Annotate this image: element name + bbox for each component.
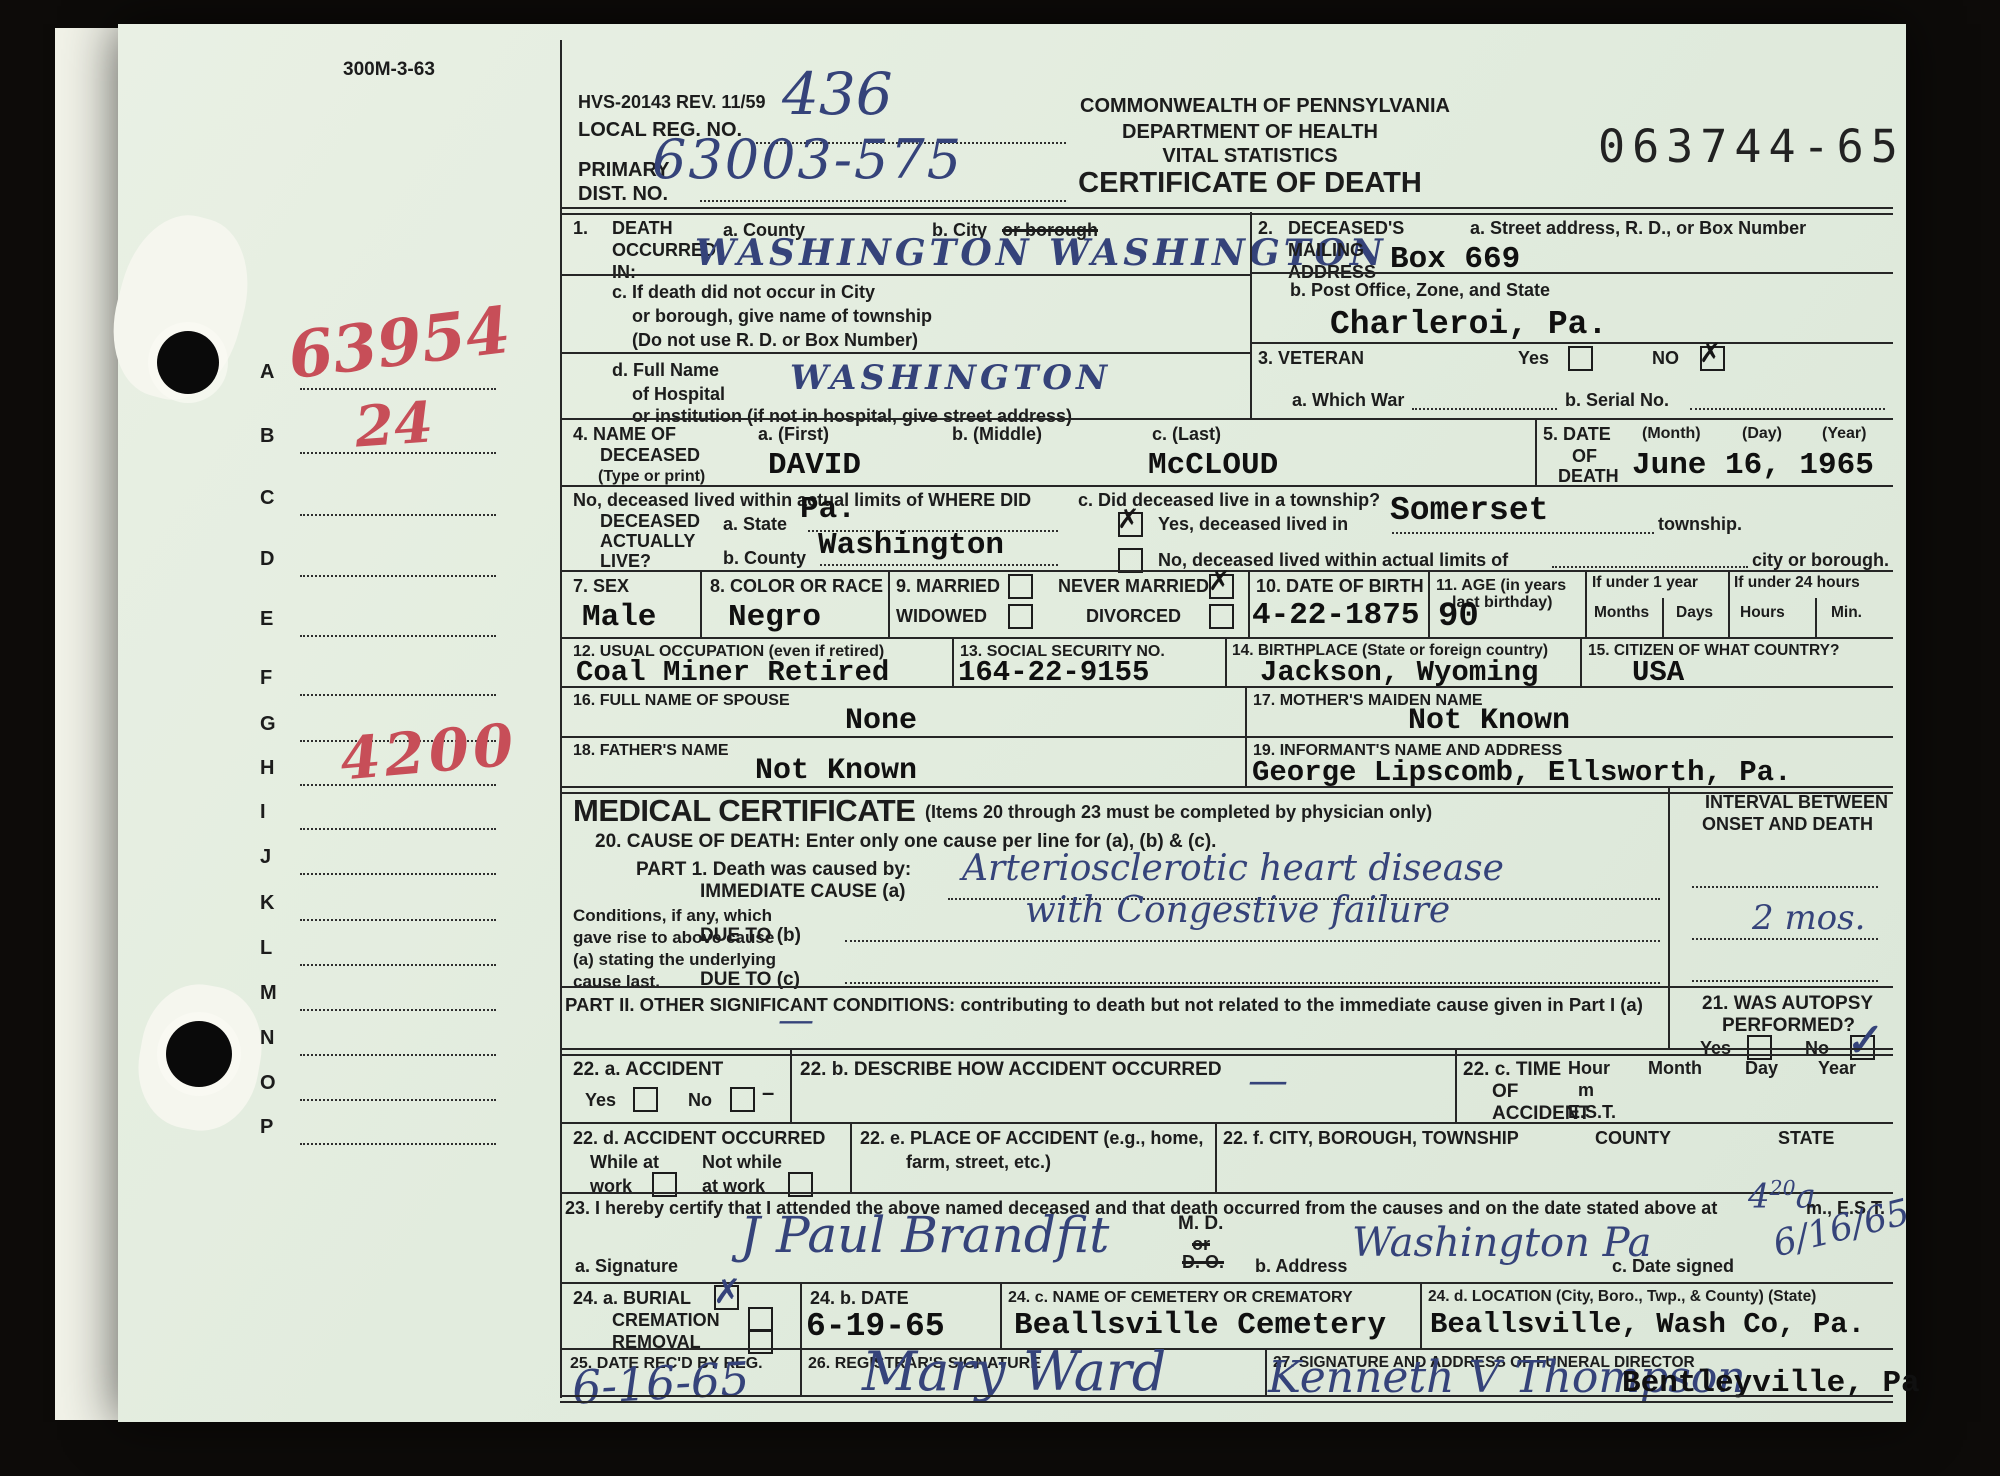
months-label: Months: [1594, 604, 1649, 623]
s24d-label: 24. d. LOCATION (City, Boro., Twp., & Co…: [1428, 1288, 1816, 1307]
veteran-no-checkbox: ✗: [1700, 346, 1725, 371]
never-married-checkbox: ✗: [1209, 574, 1234, 599]
divider: [1265, 1348, 1267, 1395]
s22e-label: 22. e. PLACE OF ACCIDENT (e.g., home,: [860, 1128, 1203, 1150]
s6c-yes-label: Yes, deceased lived in: [1158, 514, 1348, 536]
header-vital: VITAL STATISTICS: [1080, 144, 1420, 168]
cause-b-value: with Congestive failure: [1025, 890, 1450, 931]
hole-punch: [166, 1021, 232, 1087]
index-letter: N: [260, 1026, 274, 1050]
s2-title: MAILING: [1288, 240, 1364, 262]
s6b-county-value: Washington: [818, 528, 1004, 563]
index-letter: M: [260, 981, 277, 1005]
while-at-label: While at: [590, 1152, 659, 1174]
s6-title: ACTUALLY: [600, 531, 695, 553]
s3-label: 3. VETERAN: [1258, 348, 1364, 370]
index-line: [300, 635, 496, 637]
s4-middle-label: b. (Middle): [952, 424, 1042, 446]
rule: [560, 786, 1893, 788]
s22c-of-label: OF: [1492, 1080, 1518, 1103]
hole-punch: [157, 331, 219, 394]
s6b-label: b. County: [723, 548, 806, 570]
index-letter: E: [260, 607, 273, 631]
divider: [1815, 598, 1817, 637]
serial-no-line: [1690, 408, 1885, 410]
s23-signature-label: a. Signature: [575, 1256, 678, 1278]
index-line: [300, 919, 496, 921]
s2-number: 2.: [1258, 218, 1273, 240]
cause-a-value: Arteriosclerotic heart disease: [962, 848, 1504, 889]
under-1-year-label: If under 1 year: [1592, 574, 1698, 593]
cause-c-line: [845, 982, 1660, 984]
conditions-label: cause last.: [573, 972, 660, 993]
s2a-label: a. Street address, R. D., or Box Number: [1470, 218, 1806, 240]
divider: [1225, 637, 1227, 686]
s22c-day-label: Day: [1745, 1058, 1778, 1080]
s5-year-label: (Year): [1822, 424, 1866, 444]
index-letter: K: [260, 891, 274, 915]
s12-occupation-value: Coal Miner Retired: [576, 656, 889, 689]
s14-birthplace-value: Jackson, Wyoming: [1260, 656, 1538, 689]
hours-label: Hours: [1740, 604, 1785, 623]
s3-yes-label: Yes: [1518, 348, 1549, 370]
rule: [560, 686, 1893, 688]
s1d-label: of Hospital: [632, 384, 725, 406]
local-reg-value: 436: [782, 60, 893, 128]
interval-value: 2 mos.: [1752, 898, 1865, 938]
divider: [800, 1348, 802, 1395]
s7-sex-value: Male: [582, 600, 656, 635]
index-letter: C: [260, 486, 274, 510]
township-line: [1392, 532, 1654, 534]
rule: [560, 352, 1250, 354]
burial-checkbox: ✗: [714, 1285, 739, 1310]
s24c-label: 24. c. NAME OF CEMETERY OR CREMATORY: [1008, 1288, 1353, 1308]
index-line: [300, 1009, 496, 1011]
days-label: Days: [1676, 604, 1713, 623]
part2-label: PART II. OTHER SIGNIFICANT CONDITIONS: c…: [565, 994, 1643, 1017]
accident-no-checkbox: [730, 1087, 755, 1112]
index-letter: I: [260, 800, 266, 824]
s6c-township-suffix: township.: [1658, 514, 1742, 536]
interval-line-c: [1692, 980, 1878, 982]
cause-b-line: [845, 940, 1660, 942]
s22a-yes-label: Yes: [585, 1090, 616, 1112]
time-hour: 4: [1748, 1176, 1770, 1216]
s6c-city-suffix: city or borough.: [1752, 550, 1889, 572]
divider: [1585, 570, 1587, 637]
red-crayon-number-b: 24: [353, 389, 435, 460]
index-letter: F: [260, 666, 272, 690]
divider: [1728, 570, 1730, 637]
s4-title: DECEASED: [600, 445, 700, 467]
do-label-struck: D. O.: [1182, 1252, 1224, 1274]
accident-dash-mark: –: [762, 1080, 774, 1107]
print-code: 300M-3-63: [343, 58, 435, 81]
s1-number: 1.: [573, 218, 588, 240]
rule: [560, 418, 1893, 420]
rule: [560, 1348, 1893, 1350]
form-code: HVS-20143 REV. 11/59: [578, 92, 765, 114]
s1d-label: d. Full Name: [612, 360, 719, 382]
interval-label: INTERVAL BETWEEN: [1705, 792, 1888, 814]
death-certificate-photo: 300M-3-63 A B C D E F G H I J K L M N O …: [0, 0, 2000, 1476]
s4-title-text: NAME OF: [593, 424, 676, 444]
s22b-dash-mark: —: [1248, 1058, 1288, 1104]
bottom-rule: [560, 1395, 1893, 1397]
md-label: M. D.: [1178, 1212, 1223, 1235]
s22c-hour-label: Hour: [1568, 1058, 1610, 1080]
s8-label: 8. COLOR OR RACE: [710, 576, 883, 598]
divider: [1428, 570, 1430, 637]
divider: [800, 1282, 802, 1348]
s4-first-value: DAVID: [768, 448, 861, 483]
rule: [560, 1048, 1893, 1050]
divider: [1250, 212, 1252, 418]
s1c-label: or borough, give name of township: [632, 306, 932, 328]
s1-title: DEATH: [612, 218, 673, 240]
interval-label2: ONSET AND DEATH: [1702, 814, 1873, 836]
s9-married-label: 9. MARRIED: [896, 576, 1000, 598]
rule: [1250, 342, 1893, 344]
s6c-township-value: Somerset: [1390, 492, 1548, 529]
physician-address: Washington Pa: [1352, 1220, 1652, 1266]
index-line: [300, 1143, 496, 1145]
s5-number: 5.: [1543, 424, 1558, 444]
divider: [1668, 786, 1670, 1050]
time-minute: 20: [1770, 1176, 1796, 1200]
divider: [952, 637, 954, 686]
s22b-label: 22. b. DESCRIBE HOW ACCIDENT OCCURRED: [800, 1058, 1222, 1081]
backing-sheet: [55, 28, 127, 1420]
s6a-label: a. State: [723, 514, 787, 536]
s5-title: 5. DATE: [1543, 424, 1611, 446]
divider: [1580, 637, 1582, 686]
index-letter: L: [260, 936, 272, 960]
index-line: [300, 873, 496, 875]
interval-line-b: [1692, 938, 1878, 940]
s24a-burial-label: 24. a. BURIAL: [573, 1288, 691, 1310]
s5-title: OF: [1572, 446, 1597, 468]
index-line: [300, 514, 496, 516]
s1c-label: (Do not use R. D. or Box Number): [632, 330, 918, 352]
cremation-label: CREMATION: [612, 1310, 720, 1332]
index-line: [300, 828, 496, 830]
s22e-label2: farm, street, etc.): [906, 1152, 1051, 1174]
s22c-est-label: E.S.T.: [1568, 1102, 1616, 1124]
registrar-signature: Mary Ward: [862, 1340, 1166, 1403]
x-mark: ✗: [1208, 568, 1231, 595]
s22c-month-label: Month: [1648, 1058, 1702, 1080]
s21-label: 21. WAS AUTOPSY: [1702, 992, 1873, 1015]
s2b-label: b. Post Office, Zone, and State: [1290, 280, 1550, 302]
removal-label: REMOVAL: [612, 1332, 701, 1354]
index-line: [300, 964, 496, 966]
s24c-cemetery-value: Beallsville Cemetery: [1014, 1308, 1386, 1343]
s3a-label: a. Which War: [1292, 390, 1404, 412]
part2-dash-mark: —: [778, 1000, 814, 1041]
s5-date-of-death-value: June 16, 1965: [1632, 448, 1874, 483]
index-letter: G: [260, 712, 276, 736]
s3-no-label: NO: [1652, 348, 1679, 370]
index-letter: A: [260, 360, 274, 384]
s8-race-value: Negro: [728, 600, 821, 635]
medical-certificate-subtitle: (Items 20 through 23 must be completed b…: [925, 802, 1432, 824]
s24d-location-value: Beallsville, Wash Co, Pa.: [1430, 1308, 1865, 1341]
limits-line: [1552, 566, 1748, 568]
divider: [888, 570, 890, 637]
accident-yes-checkbox: [633, 1087, 658, 1112]
work-label: work: [590, 1176, 632, 1198]
s15-citizen-value: USA: [1632, 656, 1684, 689]
s23-address-label: b. Address: [1255, 1256, 1347, 1278]
divider: [1000, 1282, 1002, 1348]
s15-label: 15. CITIZEN OF WHAT COUNTRY?: [1588, 642, 1839, 661]
rule: [560, 736, 1893, 738]
s19-informant-value: George Lipscomb, Ellsworth, Pa.: [1252, 756, 1792, 789]
divider: [1215, 1122, 1217, 1192]
divider: [850, 1122, 852, 1192]
divorced-checkbox: [1209, 604, 1234, 629]
physician-signature: J Paul Brandfit: [740, 1206, 1109, 1264]
index-letter: H: [260, 756, 274, 780]
dist-no-value: 63003-575: [652, 128, 963, 191]
s21-label2: PERFORMED?: [1722, 1014, 1855, 1037]
s24b-label: 24. b. DATE: [810, 1288, 909, 1310]
due-to-b-label: DUE TO (b): [700, 924, 801, 947]
s9-never-married-label: NEVER MARRIED: [1058, 576, 1209, 598]
s6-title-text: WHERE DID: [928, 490, 1031, 510]
s1c-label: c. If death did not occur in City: [612, 282, 875, 304]
s10-birth-date-value: 4-22-1875: [1252, 598, 1419, 633]
s5-month-label: (Month): [1642, 424, 1701, 444]
s5-day-label: (Day): [1742, 424, 1782, 444]
interval-line-a: [1692, 886, 1878, 888]
s6-number: No, deceased lived within actual limits …: [573, 490, 923, 510]
s22f-state-label: STATE: [1778, 1128, 1834, 1150]
header-rule: [560, 207, 1893, 209]
header-department: DEPARTMENT OF HEALTH: [1080, 120, 1420, 144]
veteran-yes-checkbox: [1568, 346, 1593, 371]
divider: [1455, 1050, 1457, 1122]
s6a-state-value: Pa.: [800, 492, 856, 527]
s1d-hospital-value: WASHINGTON: [790, 358, 1111, 398]
s16-label: 16. FULL NAME OF SPOUSE: [573, 691, 790, 711]
s22d-label: 22. d. ACCIDENT OCCURRED: [573, 1128, 825, 1150]
x-mark: ✗: [713, 1275, 742, 1309]
s22a-label: 22. a. ACCIDENT: [573, 1058, 723, 1081]
s6-title: DECEASED: [600, 511, 700, 533]
married-checkbox: [1008, 574, 1033, 599]
s2-title: DECEASED'S: [1288, 218, 1404, 240]
s4-last-value: McCLOUD: [1148, 448, 1278, 483]
s18-label: 18. FATHER'S NAME: [573, 741, 729, 761]
s13-ssn-value: 164-22-9155: [958, 656, 1149, 689]
which-war-line: [1412, 408, 1557, 410]
x-mark: ✗: [1117, 506, 1140, 533]
rule: [560, 1282, 1893, 1284]
not-while-label: Not while: [702, 1152, 782, 1174]
rule: [560, 1122, 1893, 1124]
index-letter: O: [260, 1071, 276, 1095]
min-label: Min.: [1831, 604, 1862, 623]
removal-checkbox: [748, 1329, 773, 1354]
at-work-label: at work: [702, 1176, 765, 1198]
s22c-m-label: m: [1578, 1080, 1594, 1102]
rule: [560, 274, 1250, 276]
index-letter: J: [260, 845, 271, 869]
part1-label: PART 1. Death was caused by:: [636, 858, 911, 881]
s4-title: (Type or print): [598, 467, 705, 487]
s1-title: IN:: [612, 262, 636, 284]
divider: [1535, 418, 1537, 485]
s3b-label: b. Serial No.: [1565, 390, 1669, 412]
s2b-value: Charleroi, Pa.: [1330, 306, 1607, 343]
s4-title: 4. NAME OF: [573, 424, 676, 446]
divider: [1662, 598, 1664, 637]
s23-date-label: c. Date signed: [1612, 1256, 1734, 1278]
s1-county-city-value: WASHINGTON WASHINGTON: [695, 232, 1387, 274]
county-line: [820, 564, 1058, 566]
dist-no-line: [700, 200, 1066, 202]
s17-mother-value: Not Known: [1408, 704, 1570, 738]
index-line: [300, 575, 496, 577]
s4-number: 4.: [573, 424, 588, 444]
form-left-border: [560, 40, 562, 1398]
divider: [790, 1050, 792, 1122]
index-line: [300, 1099, 496, 1101]
divider: [700, 570, 702, 637]
s7-label: 7. SEX: [573, 576, 629, 598]
s11-age-value: 90: [1438, 598, 1479, 636]
certificate-title: CERTIFICATE OF DEATH: [1070, 166, 1430, 201]
s16-spouse-value: None: [845, 704, 917, 738]
index-letter: D: [260, 547, 274, 571]
index-line: [300, 694, 496, 696]
s9-divorced-label: DIVORCED: [1086, 606, 1181, 628]
date-received-value: 6-16-65: [571, 1351, 751, 1414]
s22f-county-label: COUNTY: [1595, 1128, 1671, 1150]
medical-certificate-title: MEDICAL CERTIFICATE: [573, 792, 915, 830]
index-line: [300, 1054, 496, 1056]
rule: [1250, 272, 1893, 274]
s18-father-value: Not Known: [755, 754, 917, 788]
s9-widowed-label: WIDOWED: [896, 606, 987, 628]
rule: [560, 485, 1893, 487]
s22c-label: 22. c. TIME: [1463, 1058, 1561, 1081]
rule: [560, 1192, 1893, 1194]
header-commonwealth: COMMONWEALTH OF PENNSYLVANIA: [1080, 94, 1420, 118]
x-mark: ✗: [1699, 340, 1722, 367]
s10-label: 10. DATE OF BIRTH: [1256, 576, 1424, 598]
registration-stamp-number: 063744-65: [1598, 120, 1905, 173]
s23-certify-text: 23. I hereby certify that I attended the…: [565, 1198, 1717, 1220]
index-letter: B: [260, 424, 274, 448]
rule: [560, 986, 1893, 988]
s22f-label: 22. f. CITY, BOROUGH, TOWNSHIP: [1223, 1128, 1519, 1150]
index-letter: P: [260, 1115, 273, 1139]
s22c-year-label: Year: [1818, 1058, 1856, 1080]
township-yes-checkbox: ✗: [1118, 512, 1143, 537]
divider: [1420, 1282, 1422, 1348]
s22a-no-label: No: [688, 1090, 712, 1112]
s4-last-label: c. (Last): [1152, 424, 1221, 446]
immediate-cause-label: IMMEDIATE CAUSE (a): [700, 880, 905, 903]
s4-first-label: a. (First): [758, 424, 829, 446]
divider: [1248, 570, 1250, 637]
widowed-checkbox: [1008, 604, 1033, 629]
under-24-hours-label: If under 24 hours: [1734, 574, 1860, 593]
s5-title-text: DATE: [1563, 424, 1611, 444]
